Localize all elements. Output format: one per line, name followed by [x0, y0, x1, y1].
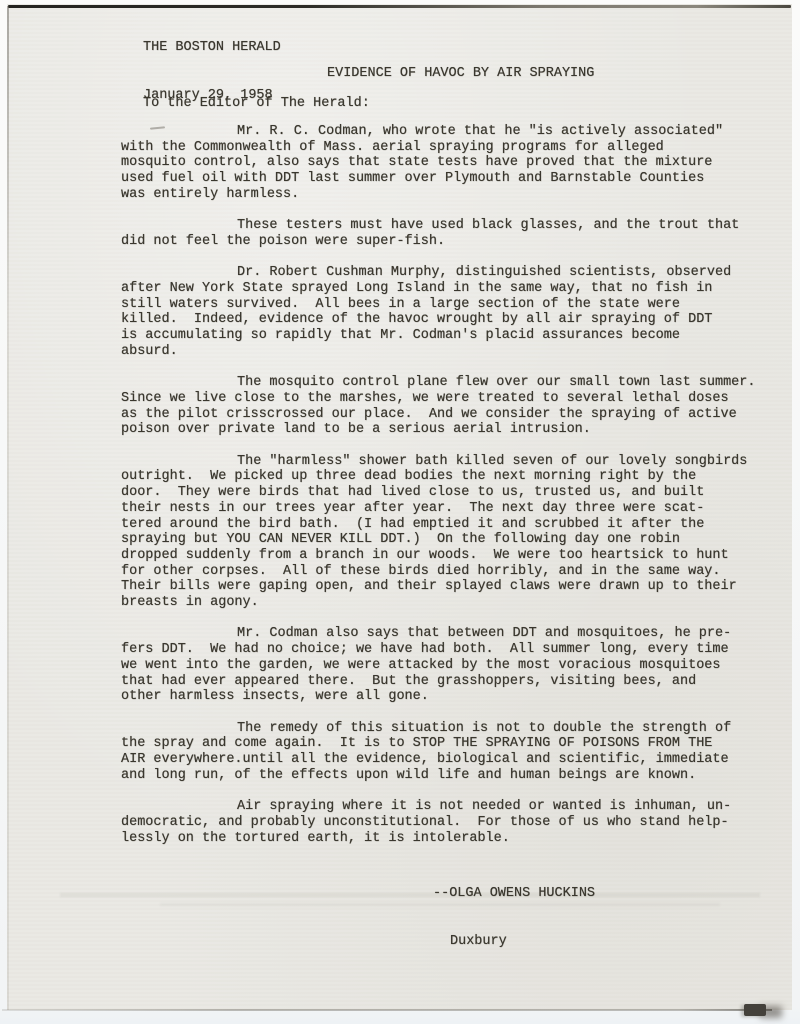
signature-block: --OLGA OWENS HUCKINS Duxbury [433, 855, 595, 981]
paragraph: The "harmless" shower bath killed seven … [121, 454, 761, 611]
scan-bottom-edge-line [2, 1009, 772, 1011]
paragraph-line: their nests in our trees year after year… [121, 501, 761, 517]
paragraph-line: still waters survived. All bees in a lar… [121, 297, 761, 313]
paragraph: The remedy of this situation is not to d… [121, 721, 761, 784]
paragraph-line: as the pilot crisscrossed our place. And… [121, 407, 761, 423]
paragraph: Mr. Codman also says that between DDT an… [121, 626, 761, 705]
signature-name: --OLGA OWENS HUCKINS [433, 886, 595, 902]
paragraph-line: mosquito control, also says that state t… [121, 155, 761, 171]
paragraph-line: Mr. Codman also says that between DDT an… [121, 626, 761, 642]
paragraph-line: with the Commonwealth of Mass. aerial sp… [121, 140, 761, 156]
masthead: THE BOSTON HERALD January 29, 1958 [143, 9, 281, 135]
paragraph-line: used fuel oil with DDT last summer over … [121, 171, 761, 187]
scanned-letter-page: THE BOSTON HERALD January 29, 1958 EVIDE… [0, 0, 800, 1024]
paragraph-line: poison over private land to be a serious… [121, 422, 761, 438]
paragraph-line: The "harmless" shower bath killed seven … [121, 454, 761, 470]
scan-bottom-smudge [744, 1004, 766, 1016]
paragraph-line: fers DDT. We had no choice; we have had … [121, 642, 761, 658]
scan-left-edge-line [7, 6, 9, 1010]
paragraph-line: that had ever appeared there. But the gr… [121, 674, 761, 690]
paragraph: Air spraying where it is not needed or w… [121, 799, 761, 846]
paragraph: Mr. R. C. Codman, who wrote that he "is … [121, 124, 761, 203]
paragraph-line: spraying but YOU CAN NEVER KILL DDT.) On… [121, 532, 761, 548]
paragraph-line: tered around the bird bath. (I had empti… [121, 517, 761, 533]
scan-top-edge-line [8, 5, 791, 8]
paragraph-line: Air spraying where it is not needed or w… [121, 799, 761, 815]
paragraph-line: we went into the garden, we were attacke… [121, 658, 761, 674]
salutation: To the Editor of The Herald: [143, 96, 370, 112]
letter-title: EVIDENCE OF HAVOC BY AIR SPRAYING [327, 66, 594, 82]
paragraph-line: The mosquito control plane flew over our… [121, 375, 761, 391]
paragraph-line: These testers must have used black glass… [121, 218, 761, 234]
paragraph: Dr. Robert Cushman Murphy, distinguished… [121, 265, 761, 359]
paragraph-line: for other corpses. All of these birds di… [121, 564, 761, 580]
paragraph-line: absurd. [121, 344, 761, 360]
paper-smudge-streak [60, 893, 760, 897]
paragraph-line: is accumulating so rapidly that Mr. Codm… [121, 328, 761, 344]
paragraph-line: The remedy of this situation is not to d… [121, 721, 761, 737]
paragraph: These testers must have used black glass… [121, 218, 761, 249]
paragraph-line: the spray and come again. It is to STOP … [121, 736, 761, 752]
paragraph-line: AIR everywhere.until all the evidence, b… [121, 752, 761, 768]
paragraph-line: Dr. Robert Cushman Murphy, distinguished… [121, 265, 761, 281]
paragraph-line: killed. Indeed, evidence of the havoc wr… [121, 312, 761, 328]
paragraph-line: democratic, and probably unconstitutiona… [121, 815, 761, 831]
paragraph-line: lessly on the tortured earth, it is into… [121, 831, 761, 847]
paragraph-line: outright. We picked up three dead bodies… [121, 469, 761, 485]
paragraph-line: dropped suddenly from a branch in our wo… [121, 548, 761, 564]
paragraph-line: other harmless insects, were all gone. [121, 689, 761, 705]
paragraph-line: was entirely harmless. [121, 187, 761, 203]
letter-body: Mr. R. C. Codman, who wrote that he "is … [121, 124, 761, 862]
masthead-name: THE BOSTON HERALD [143, 40, 281, 56]
paragraph-line: Since we live close to the marshes, we w… [121, 391, 761, 407]
paragraph-line: after New York State sprayed Long Island… [121, 281, 761, 297]
paragraph-line: Their bills were gaping open, and their … [121, 579, 761, 595]
signature-place: Duxbury [433, 934, 595, 950]
paragraph-line: breasts in agony. [121, 595, 761, 611]
paragraph-line: and long run, of the effects upon wild l… [121, 768, 761, 784]
paragraph-line: did not feel the poison were super-fish. [121, 234, 761, 250]
paragraph-line: Mr. R. C. Codman, who wrote that he "is … [121, 124, 761, 140]
paragraph-line: door. They were birds that had lived clo… [121, 485, 761, 501]
paragraph: The mosquito control plane flew over our… [121, 375, 761, 438]
